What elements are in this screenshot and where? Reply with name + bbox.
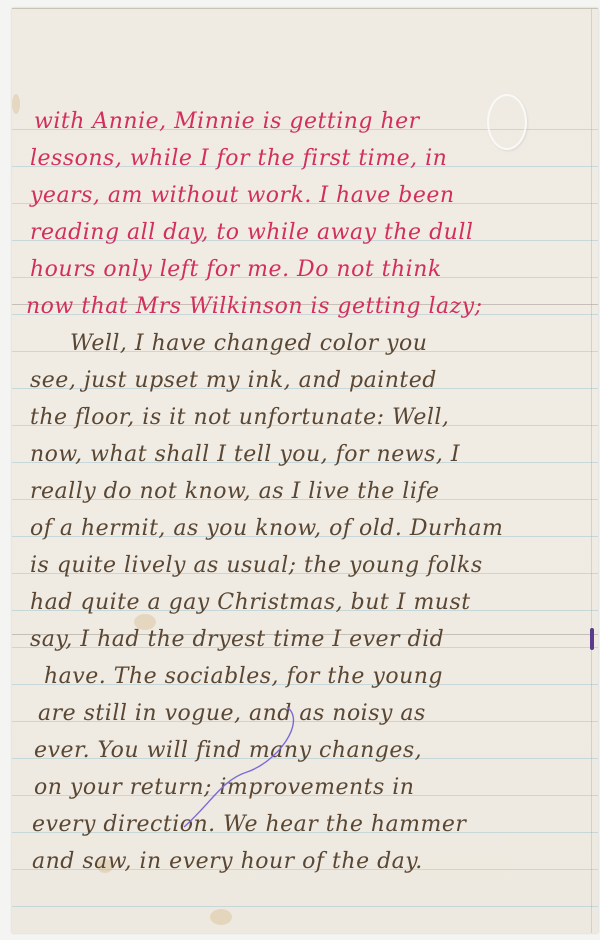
ink-mark [590, 628, 594, 650]
ruled-line [12, 906, 598, 907]
letter-line-brown: have. The sociables, for the young [44, 664, 443, 689]
letter-line-brown: now, what shall I tell you, for news, I [30, 442, 460, 467]
letter-line-brown: of a hermit, as you know, of old. Durham [30, 516, 503, 541]
embossed-stamp [487, 94, 527, 150]
letter-line-red: now that Mrs Wilkinson is getting lazy; [26, 294, 483, 319]
letter-line-brown: and saw, in every hour of the day. [32, 849, 423, 874]
letter-line-brown: see, just upset my ink, and painted [30, 368, 437, 393]
letter-line-brown: Well, I have changed color you [70, 331, 427, 356]
letter-line-red: lessons, while I for the first time, in [30, 146, 447, 171]
stain [210, 909, 232, 925]
pencil-annotation-mark [182, 702, 302, 832]
stain [12, 94, 20, 114]
letter-line-red: years, am without work. I have been [30, 183, 455, 208]
letter-line-brown: say, I had the dryest time I ever did [30, 627, 444, 652]
letter-line-red: reading all day, to while away the dull [30, 220, 473, 245]
letter-line-brown: is quite lively as usual; the young folk… [30, 553, 483, 578]
letter-page: with Annie, Minnie is getting her lesson… [12, 8, 598, 933]
letter-line-red: hours only left for me. Do not think [30, 257, 442, 282]
letter-line-red: with Annie, Minnie is getting her [34, 109, 420, 134]
letter-line-brown: the floor, is it not unfortunate: Well, [30, 405, 449, 430]
letter-line-brown: really do not know, as I live the life [30, 479, 440, 504]
letter-line-brown: had quite a gay Christmas, but I must [30, 590, 471, 615]
